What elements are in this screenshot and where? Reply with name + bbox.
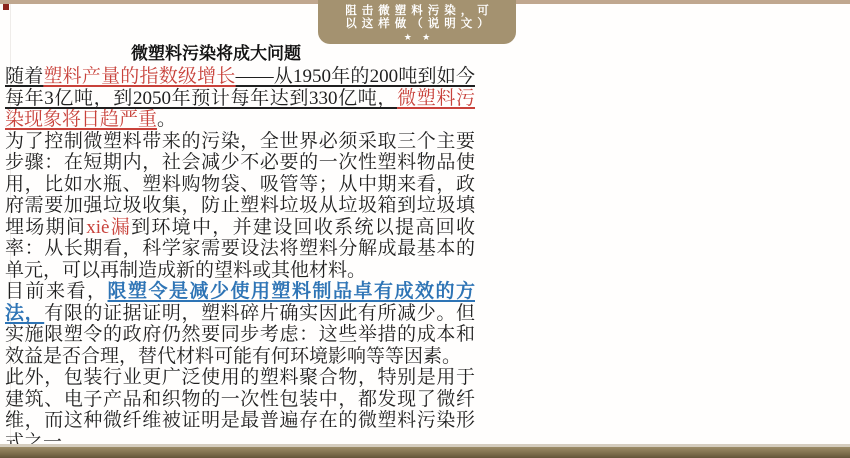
run-red-underline: 塑料产量的指数级增长 xyxy=(43,66,235,87)
run-plain: 。 xyxy=(157,109,176,130)
run-plain: 此外，包装行业更广泛使用的塑料聚合物，特别是用于建筑、电子产品和织物的一次性包装… xyxy=(5,367,475,453)
run-black-underline: 随着 xyxy=(5,66,43,87)
run-pinyin-red: xiè漏 xyxy=(86,217,131,238)
stars-decoration: ★ ★ xyxy=(400,32,434,42)
lesson-title-banner: 阻击微塑料污染，可 以这样做（说明文） ★ ★ xyxy=(318,0,516,44)
paragraph-4: 此外，包装行业更广泛使用的塑料聚合物，特别是用于建筑、电子产品和织物的一次性包装… xyxy=(5,367,475,453)
run-plain: 有限的证据证明，塑料碎片确实因此有所减少。但实施限塑令的政府仍然要同步考虑：这些… xyxy=(5,303,475,367)
paragraph-3: 目前来看，限塑令是减少使用塑料制品卓有成效的方法，有限的证据证明，塑料碎片确实因… xyxy=(5,281,475,367)
paragraph-1: 随着塑料产量的指数级增长——从1950年的200吨到如今每年3亿吨，到2050年… xyxy=(5,66,475,131)
banner-title-line-2: 以这样做（说明文） xyxy=(340,18,494,31)
article-title: 微塑料污染将成大问题 xyxy=(5,42,475,66)
slide-text-content: 微塑料污染将成大问题 随着塑料产量的指数级增长——从1950年的200吨到如今每… xyxy=(5,42,475,453)
red-corner-marker xyxy=(3,4,9,10)
banner-title-line-1: 阻击微塑料污染，可 xyxy=(340,5,494,18)
run-plain: 目前来看， xyxy=(5,281,108,302)
paragraph-2: 为了控制微塑料带来的污染，全世界必须采取三个主要步骤：在短期内，社会减少不必要的… xyxy=(5,131,475,282)
bottom-border-bar xyxy=(0,447,850,458)
